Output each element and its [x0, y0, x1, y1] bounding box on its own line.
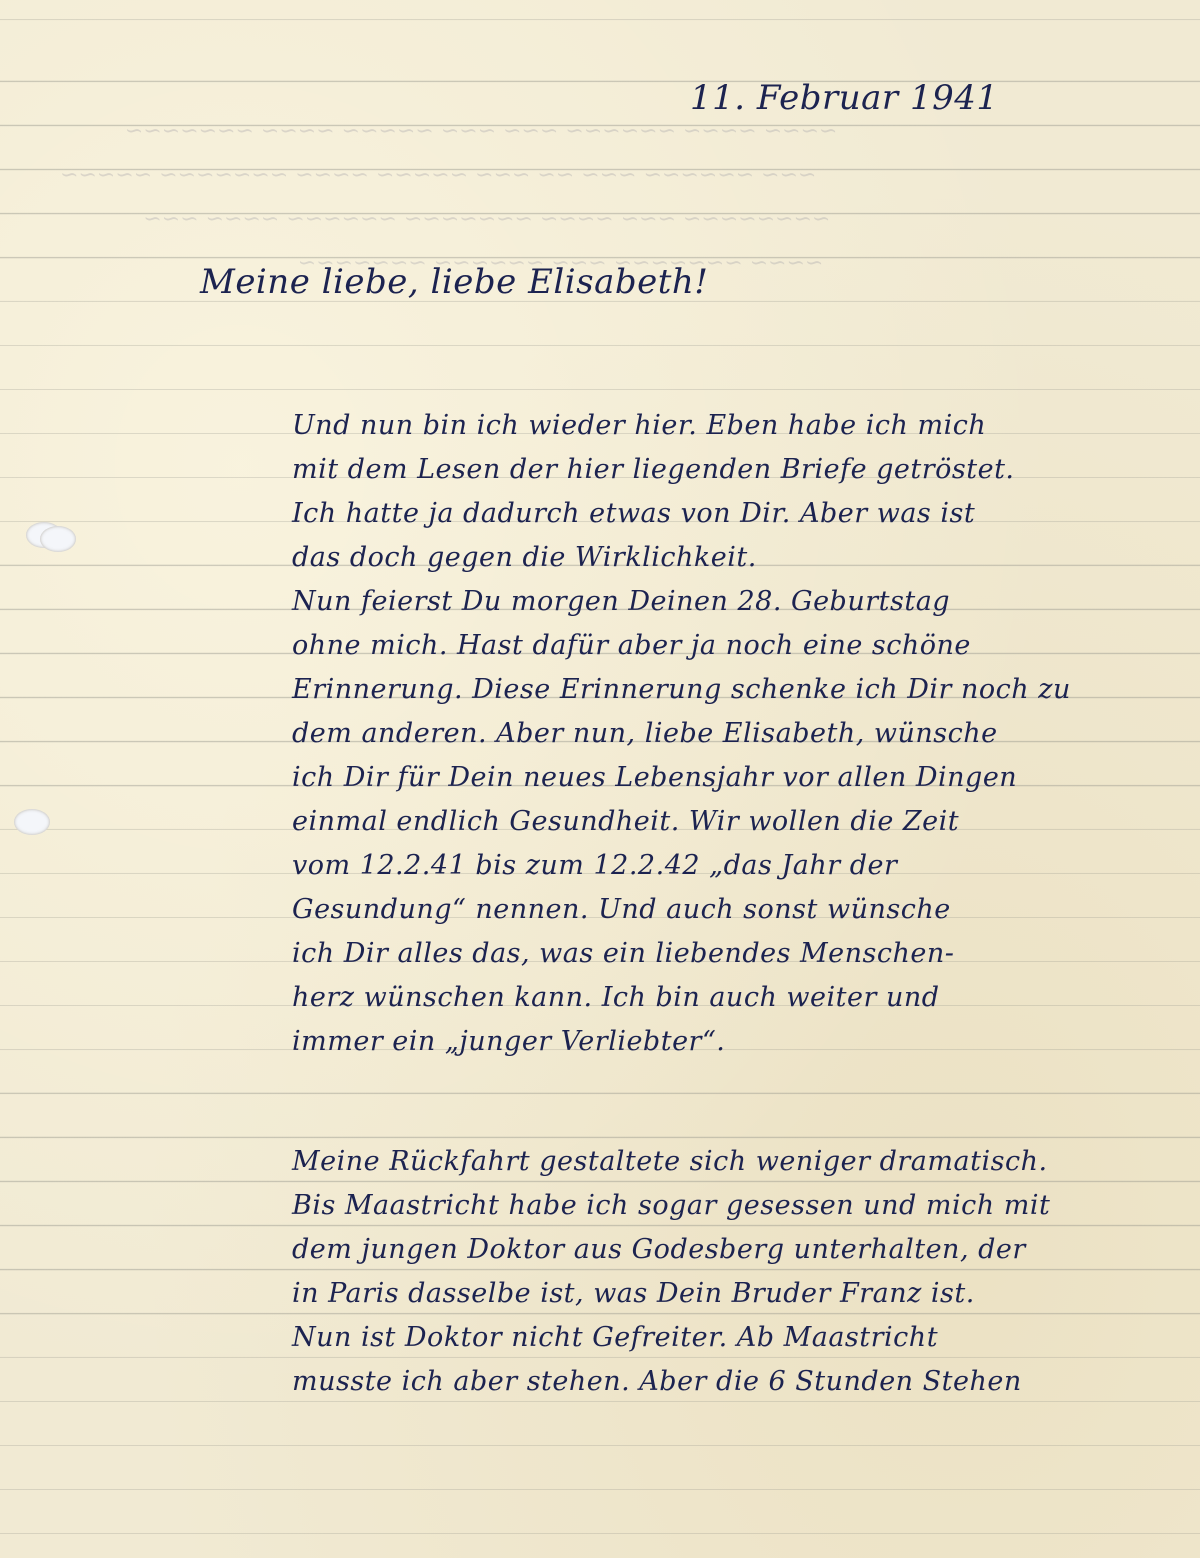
letter-line: das doch gegen die Wirklichkeit.: [292, 536, 1172, 580]
paragraph-1: Und nun bin ich wieder hier. Eben habe i…: [292, 404, 1172, 1064]
letter-line: dem jungen Doktor aus Godesberg unterhal…: [292, 1228, 1172, 1272]
letter-line: mit dem Lesen der hier liegenden Briefe …: [292, 448, 1172, 492]
letter-line: ohne mich. Hast dafür aber ja noch eine …: [292, 624, 1172, 668]
letter-line: ich Dir alles das, was ein liebendes Men…: [292, 932, 1172, 976]
punch-hole-top-right: [40, 526, 76, 552]
letter-line: in Paris dasselbe ist, was Dein Bruder F…: [292, 1272, 1172, 1316]
letter-line: einmal endlich Gesundheit. Wir wollen di…: [292, 800, 1172, 844]
letter-date: 11. Februar 1941: [690, 78, 999, 118]
letter-line: ich Dir für Dein neues Lebensjahr vor al…: [292, 756, 1172, 800]
letter-line: immer ein „junger Verliebter“.: [292, 1020, 1172, 1064]
letter-line: herz wünschen kann. Ich bin auch weiter …: [292, 976, 1172, 1020]
letter-line: Bis Maastricht habe ich sogar gesessen u…: [292, 1184, 1172, 1228]
letter-line: Und nun bin ich wieder hier. Eben habe i…: [292, 404, 1172, 448]
letter-page: ~~~~ ~~~~ ~~~~~~ ~~~ ~~~ ~~~~~ ~~~~ ~~~~…: [0, 0, 1200, 1558]
letter-line: Nun feierst Du morgen Deinen 28. Geburts…: [292, 580, 1172, 624]
letter-line: Ich hatte ja dadurch etwas von Dir. Aber…: [292, 492, 1172, 536]
letter-line: dem anderen. Aber nun, liebe Elisabeth, …: [292, 712, 1172, 756]
letter-line: vom 12.2.41 bis zum 12.2.42 „das Jahr de…: [292, 844, 1172, 888]
letter-line: Gesundung“ nennen. Und auch sonst wünsch…: [292, 888, 1172, 932]
letter-salutation: Meine liebe, liebe Elisabeth!: [200, 262, 708, 302]
letter-line: musste ich aber stehen. Aber die 6 Stund…: [292, 1360, 1172, 1404]
letter-line: Erinnerung. Diese Erinnerung schenke ich…: [292, 668, 1172, 712]
letter-line: Nun ist Doktor nicht Gefreiter. Ab Maast…: [292, 1316, 1172, 1360]
letter-line: Meine Rückfahrt gestaltete sich weniger …: [292, 1140, 1172, 1184]
bleed-through-text: ~~~~ ~~~~ ~~~~~~ ~~~ ~~~ ~~~~~ ~~~~ ~~~~…: [60, 110, 837, 286]
punch-hole-bottom: [14, 809, 50, 835]
paragraph-2: Meine Rückfahrt gestaltete sich weniger …: [292, 1140, 1172, 1404]
